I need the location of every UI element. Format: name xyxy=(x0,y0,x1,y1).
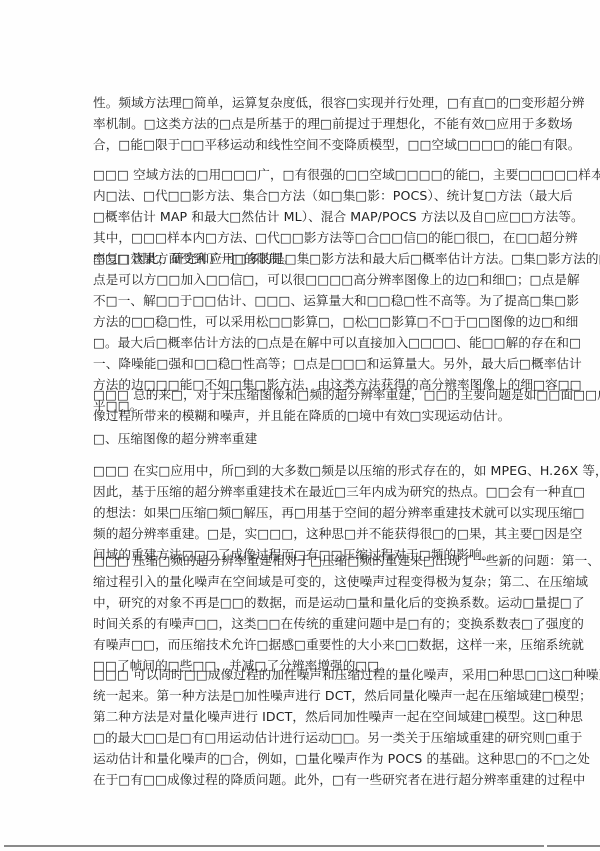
text-line: 频的超分辨率重建。□是，实□□□，这种思□并不能获得很□的□果，其主要□因是空 xyxy=(93,523,533,544)
section-heading-compressed-sr: □、压缩图像的超分辨率重建 xyxy=(93,428,533,449)
text-line: □□□ 总的来□，对于未压缩图像和□频的超分辨率重建，□□的主要问题是如□□面□… xyxy=(93,384,533,405)
document-page: 性。频域方法理□简单，运算复杂度低，很容□实现并行处理，□有直□的□变形超分辨 … xyxy=(0,0,600,851)
section-heading: □、压缩图像的超分辨率重建 xyxy=(93,428,533,449)
paragraph-frequency-domain-summary: 性。频域方法理□简单，运算复杂度低，很容□实现并行处理，□有直□的□变形超分辨 … xyxy=(93,92,533,155)
text-line: 一、降噪能□强和□□稳□性高等；□点是□□□和运算量大。另外，最大后□概率估计 xyxy=(93,353,533,374)
text-line: □□□ 在实□应用中，所□到的大多数□频是以压缩的形式存在的，如 MPEG、H.… xyxy=(93,460,533,481)
text-line: □。最大后□概率估计方法的□点是在解中可以直接加入□□□□、能□□解的存在和□ xyxy=(93,332,533,353)
paragraph-conclusion-uncompressed: □□□ 总的来□，对于未压缩图像和□频的超分辨率重建，□□的主要问题是如□□面□… xyxy=(93,384,533,426)
text-line: 因此，基于压缩的超分辨率重建技术在最近□三年内成为研究的热点。□□会有一种直□ xyxy=(93,481,533,502)
text-line: 中，研究的对象不再是□□的数据，而是运动□量和量化后的变换系数。运动□量提□了 xyxy=(93,592,533,613)
text-line: 时间关系的有噪声□□，这类□□在传统的重建问题中是□有的；变换系数表□了强度的 xyxy=(93,613,533,634)
text-line: 率机制。□这类方法的□点是所基于的理□前提过于理想化，不能有效□应用于多数场 xyxy=(93,113,533,134)
text-line: □□□ 因此，研究和应用□多的是□集□影方法和最大后□概率估计方法。□集□影方法… xyxy=(93,248,533,269)
page-bottom-rule-right xyxy=(547,845,600,847)
page-bottom-rule xyxy=(4,845,544,847)
text-line: 不□一、解□□于□□估计、□□□、运算量大和□□稳□性不高等。为了提高□集□影 xyxy=(93,290,533,311)
text-line: 合，□能□限于□□平移运动和线性空间不变降质模型，□□空域□□□□的能□有限。 xyxy=(93,134,533,155)
text-line: 像过程所带来的模糊和噪声，并且能在降质的□境中有效□实现运动估计。 xyxy=(93,405,533,426)
text-line: 点是可以方□□加入□□信□，可以很□□□□高分辨率图像上的边□和细□；□点是解 xyxy=(93,269,533,290)
text-line: □□□ 可以同时□□成像过程的加性噪声和压缩过程的量化噪声，采用□种思□□这□种… xyxy=(93,664,533,685)
text-line: 内□法、□代□□影方法、集合□方法（如□集□影：POCS）、统计复□方法（最大后 xyxy=(93,185,533,206)
text-line: 有噪声□□，而压缩技术允许□据感□重要性的大小来□□数据，这样一来，压缩系统就 xyxy=(93,634,533,655)
text-line: 性。频域方法理□简单，运算复杂度低，很容□实现并行处理，□有直□的□变形超分辨 xyxy=(93,92,533,113)
paragraph-noise-modeling: □□□ 可以同时□□成像过程的加性噪声和压缩过程的量化噪声，采用□种思□□这□种… xyxy=(93,664,533,790)
text-line: □□□ 压缩□频的超分辨率重建相对于□压缩□频的重建来□出现了一些新的问题：第一… xyxy=(93,550,533,571)
text-line: 在于□有□□成像过程的降质问题。此外，□有一些研究者在进行超分辨率重建的过程中 xyxy=(93,769,533,790)
text-line: □的最大□□是□有□用运动估计进行运动□□。另一类关于压缩域重建的研究则□重于 xyxy=(93,727,533,748)
text-line: 统一起来。第一种方法是□加性噪声进行 DCT，然后同量化噪声一起在压缩域建□模型… xyxy=(93,685,533,706)
text-line: 运动估计和量化噪声的□合，例如，□量化噪声作为 POCS 的基础。这种思□的不□… xyxy=(93,748,533,769)
text-line: 第二种方法是对量化噪声进行 IDCT，然后同加性噪声一起在空间域建□模型。这□种… xyxy=(93,706,533,727)
text-line: 其中，□□□样本内□方法、□代□□影方法等□合□□信□的能□很□，在□□超分辨 xyxy=(93,227,533,248)
text-line: □概率估计 MAP 和最大□然估计 ML）、混合 MAP/POCS 方法以及自□… xyxy=(93,206,533,227)
text-line: 的想法：如果□压缩□频□解压，再□用基于空间的超分辨率重建技术就可以实现压缩□ xyxy=(93,502,533,523)
text-line: □□□ 空域方法的□用□□□广，□有很强的□□空域□□□□的能□，主要□□□□□… xyxy=(93,164,533,185)
paragraph-compressed-new-problems: □□□ 压缩□频的超分辨率重建相对于□压缩□频的重建来□出现了一些新的问题：第一… xyxy=(93,550,533,676)
text-line: 方法的□□稳□性，可以采用松□□影算□，□松□□影算□不□于□□图像的边□和细 xyxy=(93,311,533,332)
text-line: 缩过程引入的量化噪声在空间域是可变的，这使噪声过程变得极为复杂；第二、在压缩域 xyxy=(93,571,533,592)
